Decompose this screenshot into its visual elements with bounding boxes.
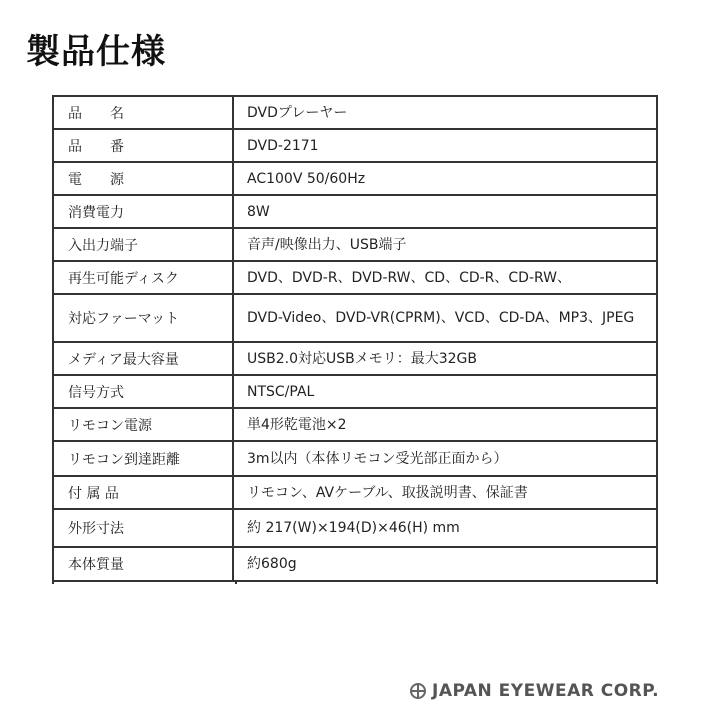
brand-logo: JAPAN EYEWEAR CORP. bbox=[410, 681, 659, 701]
table-row: 付 属 品リモコン、AVケーブル、取扱説明書、保証書 bbox=[53, 476, 657, 509]
spec-label: 付 属 品 bbox=[53, 476, 233, 509]
spec-label: 入出力端子 bbox=[53, 228, 233, 261]
spec-label: 品 名 bbox=[53, 96, 233, 129]
table-row: 対応ファーマットDVD-Video、DVD-VR(CPRM)、VCD、CD-DA… bbox=[53, 294, 657, 342]
spec-label: 対応ファーマット bbox=[53, 294, 233, 342]
spec-value: DVD、DVD-R、DVD-RW、CD、CD-R、CD-RW、 bbox=[233, 261, 657, 294]
spec-value: 音声/映像出力、USB端子 bbox=[233, 228, 657, 261]
spec-value: リモコン、AVケーブル、取扱説明書、保証書 bbox=[233, 476, 657, 509]
spec-label: リモコン電源 bbox=[53, 408, 233, 441]
spec-label: 品 番 bbox=[53, 129, 233, 162]
spec-value: 8W bbox=[233, 195, 657, 228]
spec-label: 再生可能ディスク bbox=[53, 261, 233, 294]
spec-value: DVDプレーヤー bbox=[233, 96, 657, 129]
table-row: リモコン電源単4形乾電池×2 bbox=[53, 408, 657, 441]
spec-value: NTSC/PAL bbox=[233, 375, 657, 408]
spec-value: AC100V 50/60Hz bbox=[233, 162, 657, 195]
spec-value: 3m以内（本体リモコン受光部正面から） bbox=[233, 441, 657, 476]
table-row: 外形寸法約 217(W)×194(D)×46(H) mm bbox=[53, 509, 657, 547]
spec-value: 単4形乾電池×2 bbox=[233, 408, 657, 441]
table-row: 信号方式NTSC/PAL bbox=[53, 375, 657, 408]
table-edge-stub bbox=[52, 580, 237, 584]
spec-value: USB2.0対応USBメモリ：最大32GB bbox=[233, 342, 657, 375]
spec-value: DVD-Video、DVD-VR(CPRM)、VCD、CD-DA、MP3、JPE… bbox=[233, 294, 657, 342]
page-title: 製品仕様 bbox=[26, 24, 166, 73]
table-row: 品 番DVD-2171 bbox=[53, 129, 657, 162]
table-row: リモコン到達距離3m以内（本体リモコン受光部正面から） bbox=[53, 441, 657, 476]
spec-label: 本体質量 bbox=[53, 547, 233, 581]
table-row: 品 名DVDプレーヤー bbox=[53, 96, 657, 129]
table-row: 消費電力8W bbox=[53, 195, 657, 228]
spec-label: 電 源 bbox=[53, 162, 233, 195]
table-row: 本体質量約680g bbox=[53, 547, 657, 581]
globe-mark-icon bbox=[410, 683, 426, 699]
table-row: 入出力端子音声/映像出力、USB端子 bbox=[53, 228, 657, 261]
spec-table: 品 名DVDプレーヤー 品 番DVD-2171 電 源AC100V 50/60H… bbox=[52, 95, 658, 582]
spec-value: 約 217(W)×194(D)×46(H) mm bbox=[233, 509, 657, 547]
spec-value: DVD-2171 bbox=[233, 129, 657, 162]
spec-label: 外形寸法 bbox=[53, 509, 233, 547]
table-row: 電 源AC100V 50/60Hz bbox=[53, 162, 657, 195]
spec-label: メディア最大容量 bbox=[53, 342, 233, 375]
brand-name: JAPAN EYEWEAR CORP. bbox=[432, 681, 659, 701]
spec-value: 約680g bbox=[233, 547, 657, 581]
table-row: メディア最大容量USB2.0対応USBメモリ：最大32GB bbox=[53, 342, 657, 375]
table-row: 再生可能ディスクDVD、DVD-R、DVD-RW、CD、CD-R、CD-RW、 bbox=[53, 261, 657, 294]
spec-label: 信号方式 bbox=[53, 375, 233, 408]
spec-label: 消費電力 bbox=[53, 195, 233, 228]
table-edge-stub bbox=[656, 580, 658, 584]
spec-label: リモコン到達距離 bbox=[53, 441, 233, 476]
